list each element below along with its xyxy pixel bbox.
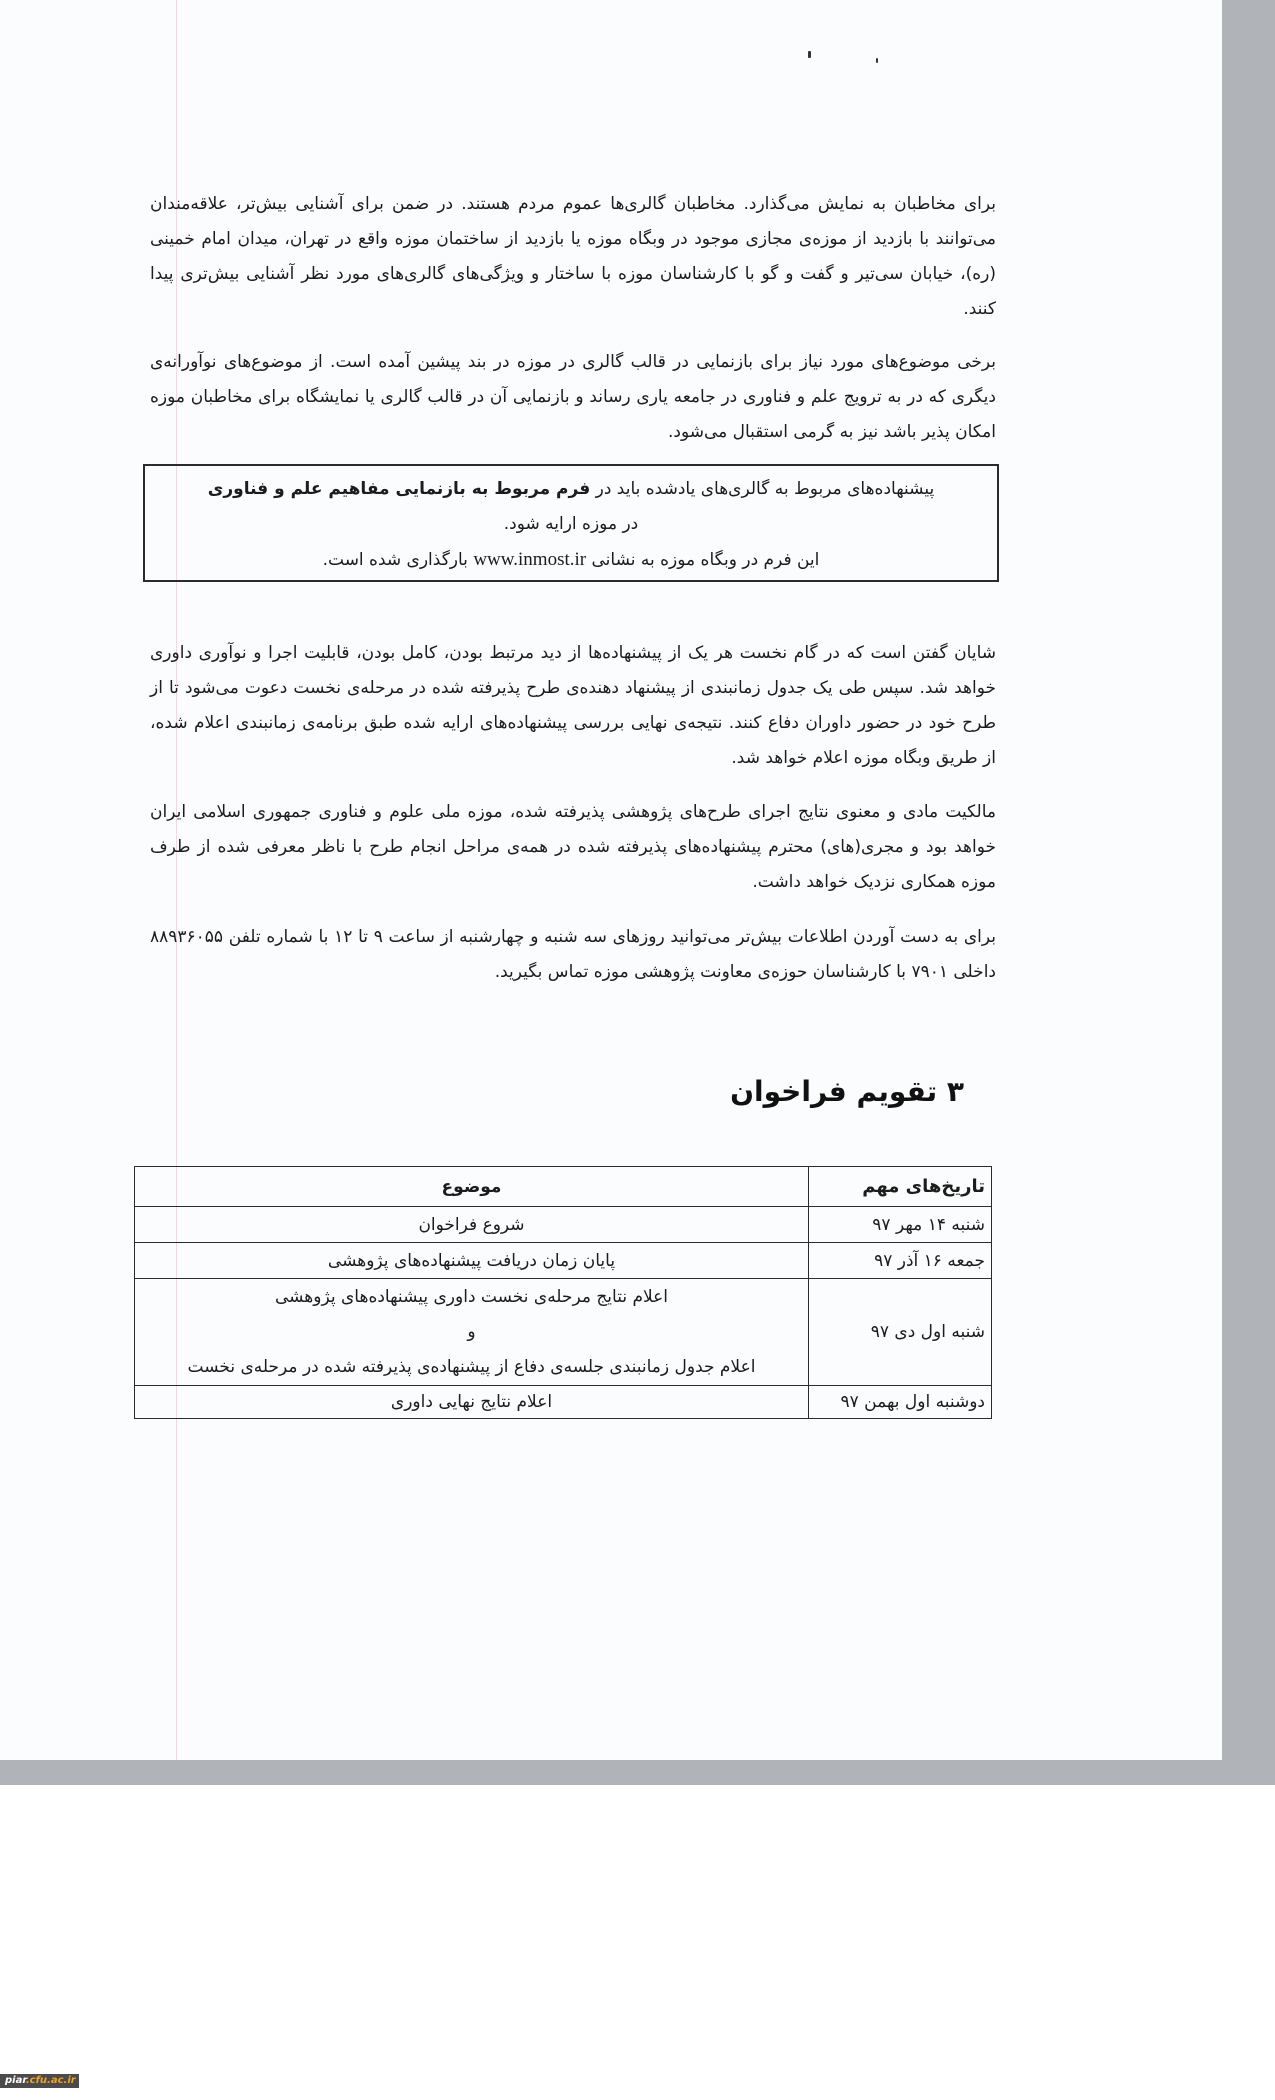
section-heading: ۳ تقویم فراخوان xyxy=(730,1075,964,1108)
notice-text: بارگذاری شده است. xyxy=(323,550,474,570)
scan-marks xyxy=(800,48,880,68)
section-title: تقویم فراخوان xyxy=(730,1075,937,1108)
notice-line-3: این فرم در وبگاه موزه به نشانی www.inmos… xyxy=(145,542,997,578)
header-subject: موضوع xyxy=(135,1167,809,1207)
subject-cell: شروع فراخوان xyxy=(135,1207,809,1243)
date-cell: شنبه اول دی ۹۷ xyxy=(809,1279,992,1386)
paragraph-ownership: مالکیت مادی و معنوی نتایج اجرای طرح‌های … xyxy=(150,795,996,900)
subject-line: اعلام جدول زمانبندی جلسه‌ی دفاع از پیشنه… xyxy=(141,1350,802,1385)
paragraph-text: شایان گفتن است که در گام نخست هر یک از پ… xyxy=(150,636,996,776)
notice-form-name: فرم مربوط به بازنمایی مفاهیم علم و فناور… xyxy=(208,479,590,499)
watermark-text: piar xyxy=(5,2075,26,2086)
subject-cell: پایان زمان دریافت پیشنهاده‌های پژوهشی xyxy=(135,1243,809,1279)
subject-line: و xyxy=(141,1315,802,1350)
watermark-domain: .cfu.ac.ir xyxy=(26,2075,76,2086)
notice-box: پیشنهاده‌های مربوط به گالری‌های یادشده ب… xyxy=(143,464,999,582)
date-cell: دوشنبه اول بهمن ۹۷ xyxy=(809,1386,992,1419)
date-cell: جمعه ۱۶ آذر ۹۷ xyxy=(809,1243,992,1279)
notice-text: این فرم در وبگاه موزه به نشانی xyxy=(586,550,819,570)
notice-text: پیشنهاده‌های مربوط به گالری‌های یادشده ب… xyxy=(590,479,934,499)
section-number: ۳ xyxy=(947,1075,964,1108)
subject-line: اعلام نتایج مرحله‌ی نخست داوری پیشنهاده‌… xyxy=(141,1280,802,1315)
table-row: دوشنبه اول بهمن ۹۷ اعلام نتایج نهایی داو… xyxy=(135,1386,992,1419)
date-cell: شنبه ۱۴ مهر ۹۷ xyxy=(809,1207,992,1243)
table-row: شنبه ۱۴ مهر ۹۷ شروع فراخوان xyxy=(135,1207,992,1243)
website-link[interactable]: www.inmost.ir xyxy=(473,549,586,570)
paragraph-text: مالکیت مادی و معنوی نتایج اجرای طرح‌های … xyxy=(150,795,996,900)
scanned-page: برای مخاطبان به نمایش می‌گذارد. مخاطبان … xyxy=(0,0,1222,1760)
table-row: شنبه اول دی ۹۷ اعلام نتایج مرحله‌ی نخست … xyxy=(135,1279,992,1386)
subject-cell: اعلام نتایج نهایی داوری xyxy=(135,1386,809,1419)
ink-mark xyxy=(808,51,811,58)
paragraph-topics: برخی موضوع‌های مورد نیاز برای بازنمایی د… xyxy=(150,345,996,450)
paragraph-text: برخی موضوع‌های مورد نیاز برای بازنمایی د… xyxy=(150,345,996,450)
paragraph-review-process: شایان گفتن است که در گام نخست هر یک از پ… xyxy=(150,636,996,776)
notice-line-1: پیشنهاده‌های مربوط به گالری‌های یادشده ب… xyxy=(145,472,997,507)
header-important-dates: تاریخ‌های مهم xyxy=(809,1167,992,1207)
paragraph-gallery-audience: برای مخاطبان به نمایش می‌گذارد. مخاطبان … xyxy=(150,187,996,327)
paragraph-contact: برای به دست آوردن اطلاعات بیش‌تر می‌توان… xyxy=(150,920,996,990)
schedule-table: تاریخ‌های مهم موضوع شنبه ۱۴ مهر ۹۷ شروع … xyxy=(134,1166,992,1419)
paragraph-text: برای مخاطبان به نمایش می‌گذارد. مخاطبان … xyxy=(150,187,996,327)
watermark-logo: piar.cfu.ac.ir xyxy=(0,2074,79,2088)
ink-mark xyxy=(876,58,878,63)
paragraph-text: برای به دست آوردن اطلاعات بیش‌تر می‌توان… xyxy=(150,920,996,990)
notice-line-2: در موزه ارایه شود. xyxy=(145,507,997,542)
subject-cell: اعلام نتایج مرحله‌ی نخست داوری پیشنهاده‌… xyxy=(135,1279,809,1386)
table-row: جمعه ۱۶ آذر ۹۷ پایان زمان دریافت پیشنهاد… xyxy=(135,1243,992,1279)
table-header-row: تاریخ‌های مهم موضوع xyxy=(135,1167,992,1207)
